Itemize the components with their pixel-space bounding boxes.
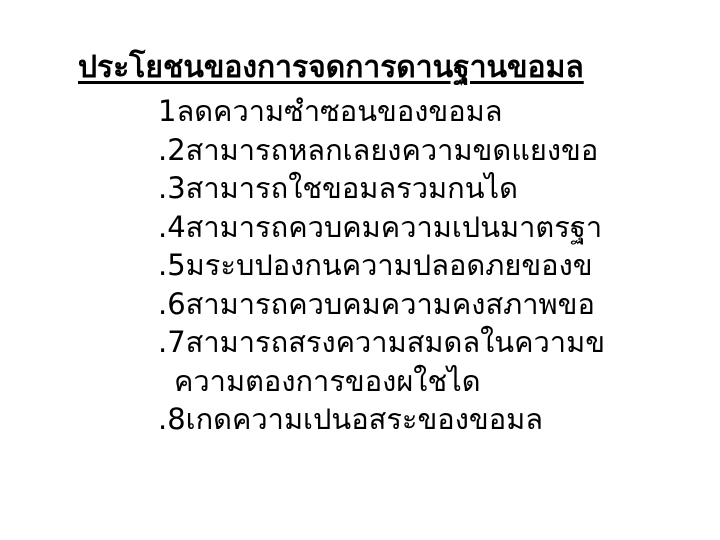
list-item: .6สามารถควบคมความคงสภาพขอ	[158, 285, 605, 324]
list-item: .8เกดความเปนอสระของขอมล	[158, 400, 605, 439]
list-item: .2สามารถหลกเลยงความขดแยงขอ	[158, 131, 605, 170]
list-item: .7สามารถสรงความสมดลในความข	[158, 323, 605, 362]
slide-title: ประโยชนของการจดการดานฐานขอมล	[78, 46, 584, 90]
list-item: .4สามารถควบคมความเปนมาตรฐา	[158, 208, 605, 247]
benefit-list: 1ลดความซำซอนของขอมล .2สามารถหลกเลยงความข…	[158, 92, 605, 439]
list-item: .3สามารถใชขอมลรวมกนได	[158, 169, 605, 208]
list-item: 1ลดความซำซอนของขอมล	[158, 92, 605, 131]
list-item: .5มระบปองกนความปลอดภยของข	[158, 246, 605, 285]
list-item-continuation: ความตองการของผใชได	[158, 362, 605, 401]
